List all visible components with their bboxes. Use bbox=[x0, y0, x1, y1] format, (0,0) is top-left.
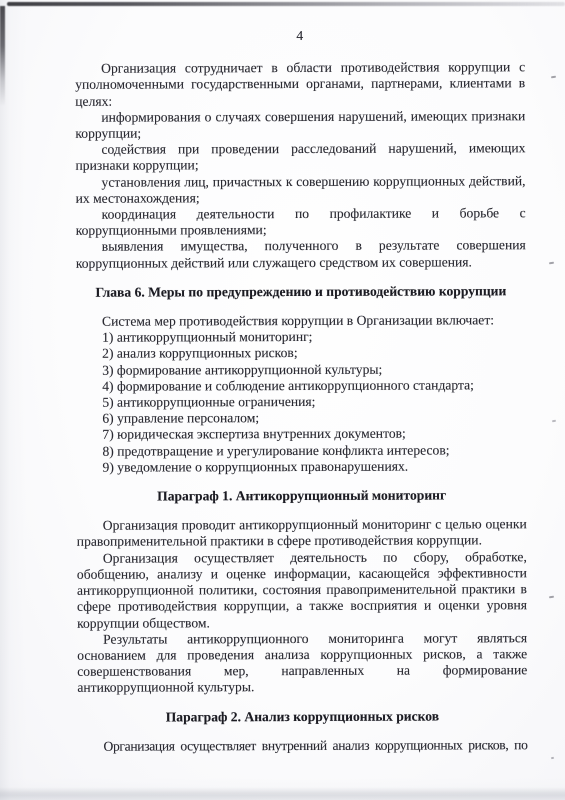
intro-item: координация деятельности по профилактике… bbox=[76, 205, 526, 239]
scan-edge-left bbox=[0, 6, 5, 106]
paragraph-2-heading: Параграф 2. Анализ коррупционных рисков bbox=[77, 708, 527, 726]
body-paragraph: Организация осуществляет внутренний анал… bbox=[77, 737, 527, 755]
list-item: 6) управление персоналом; bbox=[76, 409, 526, 427]
intro-lead-paragraph: Организация сотрудничает в области проти… bbox=[75, 59, 525, 109]
intro-item: выявления имущества, полученного в резул… bbox=[76, 238, 526, 272]
paragraph-1-heading: Параграф 1. Антикоррупционный мониторинг bbox=[77, 487, 527, 505]
scan-speck bbox=[549, 596, 554, 599]
body-paragraph: Результаты антикоррупционного мониторинг… bbox=[77, 630, 527, 696]
intro-item: информирования о случаях совершения нару… bbox=[75, 108, 525, 142]
scan-speck bbox=[551, 76, 556, 79]
page-content: 4 Организация сотрудничает в области про… bbox=[75, 27, 528, 754]
list-item: 2) анализ коррупционных рисков; bbox=[76, 345, 526, 363]
scan-edge-bottom bbox=[0, 787, 565, 800]
body-paragraph: Организация проводит антикоррупционный м… bbox=[77, 516, 527, 550]
list-item: 7) юридическая экспертиза внутренних док… bbox=[76, 426, 526, 444]
list-item: 4) формирование и соблюдение антикоррупц… bbox=[76, 377, 526, 395]
intro-item: содействия при проведении расследований … bbox=[75, 140, 525, 174]
chapter-6-lead: Система мер противодействия коррупции в … bbox=[76, 312, 526, 330]
scan-edge-top bbox=[7, 2, 565, 6]
list-item: 5) антикоррупционные ограничения; bbox=[76, 393, 526, 411]
list-item: 1) антикоррупционный мониторинг; bbox=[76, 328, 526, 346]
page-number: 4 bbox=[75, 27, 525, 45]
list-item: 8) предотвращение и урегулирование конфл… bbox=[76, 442, 526, 460]
scan-speck bbox=[549, 262, 554, 265]
scan-speck bbox=[552, 420, 556, 423]
intro-item: установления лиц, причастных к совершени… bbox=[76, 173, 526, 207]
scanned-document-page: 4 Организация сотрудничает в области про… bbox=[0, 0, 565, 800]
chapter-6-heading: Глава 6. Меры по предупреждению и против… bbox=[76, 283, 526, 301]
body-paragraph: Организация осуществляет деятельность по… bbox=[77, 549, 527, 632]
list-item: 9) уведомление о коррупционных правонару… bbox=[77, 458, 527, 476]
scan-speck bbox=[551, 757, 554, 759]
list-item: 3) формирование антикоррупционной культу… bbox=[76, 361, 526, 379]
